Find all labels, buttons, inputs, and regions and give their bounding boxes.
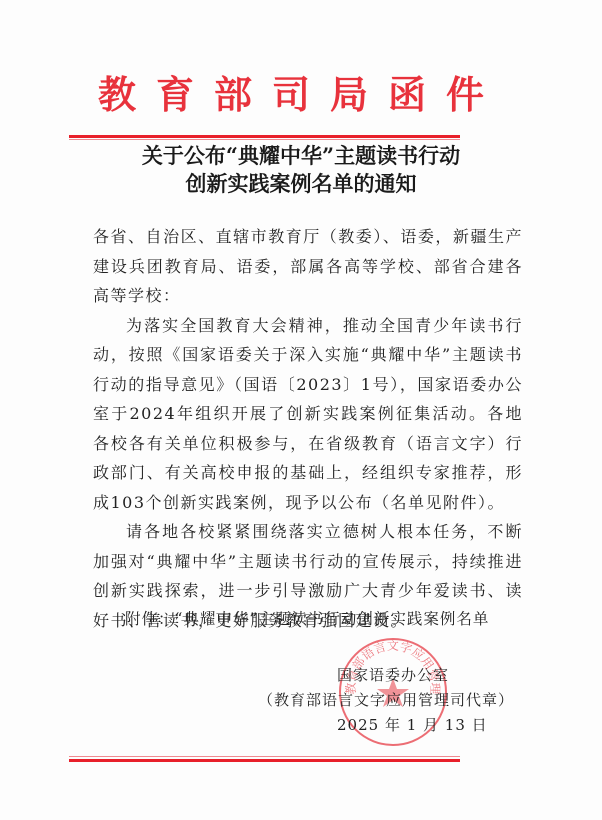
header-red-rule — [69, 135, 460, 138]
signature-organization: 国家语委办公室 — [337, 664, 449, 685]
signature-seal-note: （教育部语言文字应用管理司代章） — [258, 689, 514, 710]
document-title-line-1: 关于公布“典耀中华”主题读书行动 — [0, 143, 602, 169]
footer-red-rule-thin — [69, 756, 460, 757]
document-page: 教育部司局函件 关于公布“典耀中华”主题读书行动 创新实践案例名单的通知 各省、… — [0, 0, 602, 820]
header-red-rule-thin — [69, 139, 460, 140]
attachment-note: 附件：“典耀中华”主题读书行动创新实践案例名单 — [125, 607, 489, 629]
document-body: 各省、自治区、直辖市教育厅（教委）、语委，新疆生产建设兵团教育局、语委，部属各高… — [93, 222, 523, 635]
masthead-title: 教育部司局函件 — [0, 72, 602, 118]
document-title-line-2: 创新实践案例名单的通知 — [0, 171, 602, 197]
addressees: 各省、自治区、直辖市教育厅（教委）、语委，新疆生产建设兵团教育局、语委，部属各高… — [93, 222, 523, 311]
footer-red-rule — [69, 759, 460, 762]
signature-date: 2025 年 1 月 13 日 — [337, 714, 488, 735]
paragraph-1: 为落实全国教育大会精神，推动全国青少年读书行动，按照《国家语委关于深入实施“典耀… — [93, 311, 523, 518]
